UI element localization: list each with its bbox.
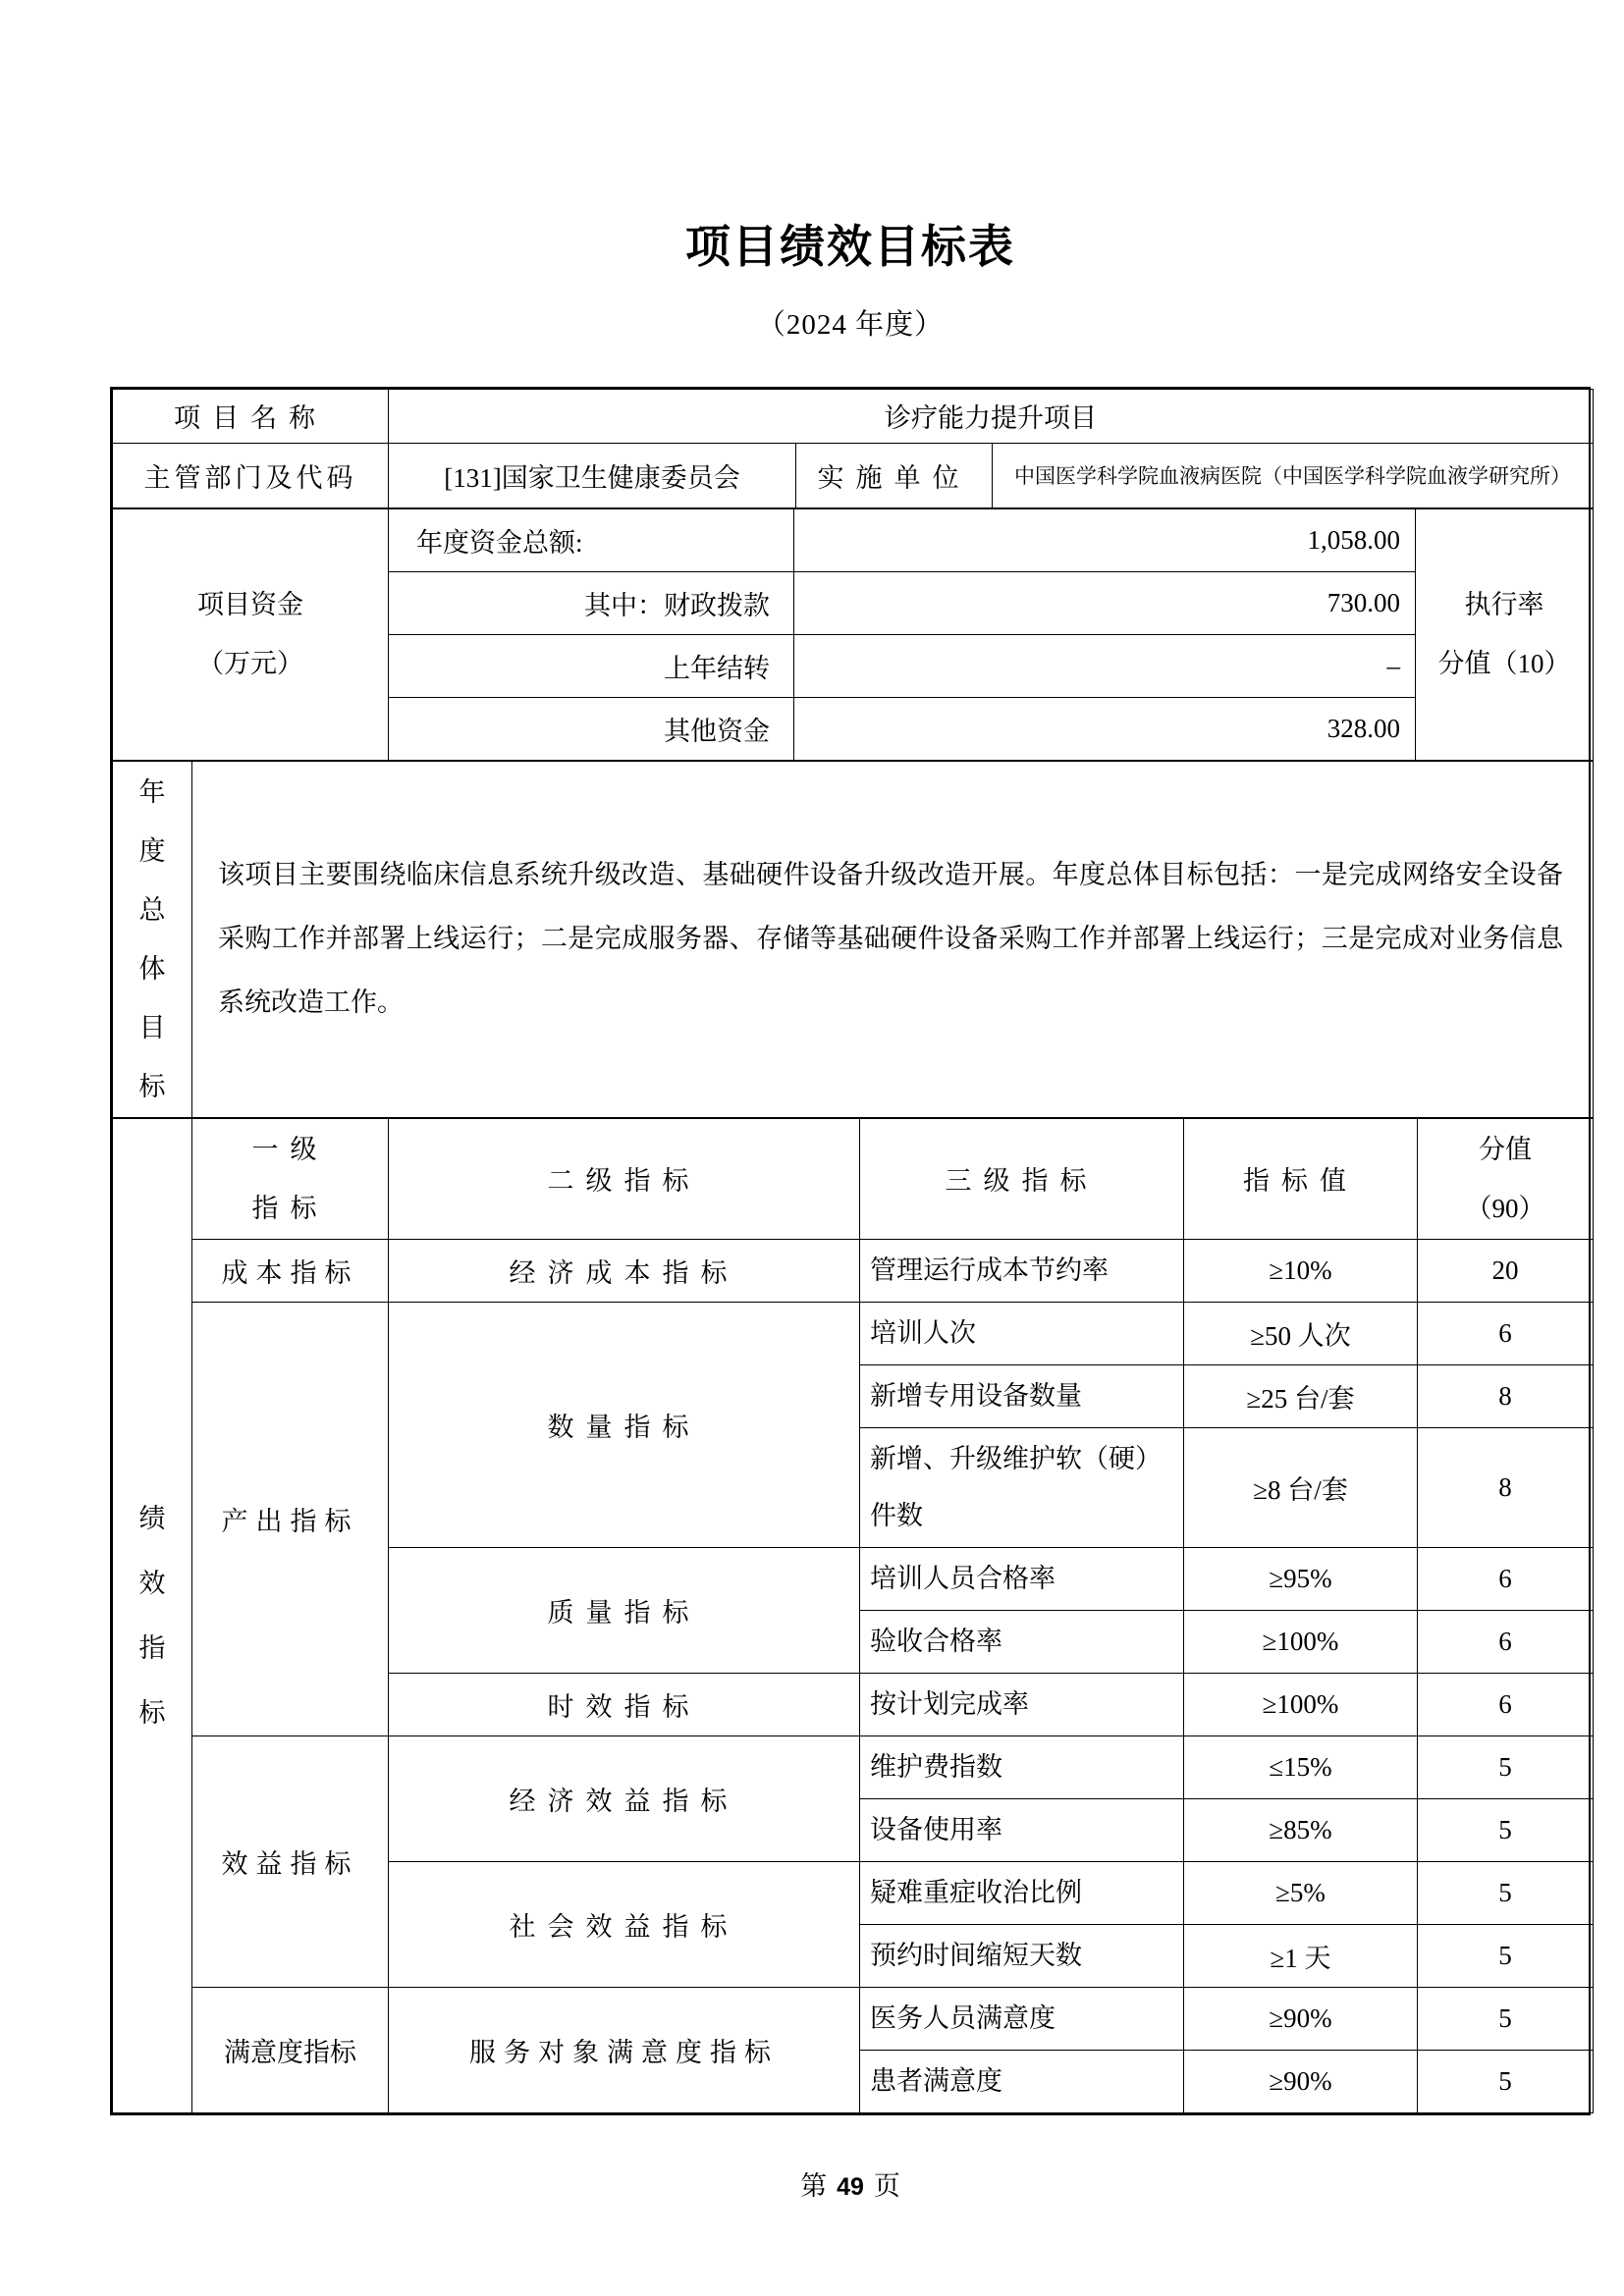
footer-prefix: 第	[800, 2171, 827, 2201]
dept-code-label: 主管部门及代码	[113, 443, 389, 507]
indicator-score: 5	[1418, 1987, 1594, 2050]
impl-unit-label: 实施单位	[796, 443, 993, 507]
annual-goal-side-label-cell: 年度总体目标	[113, 761, 192, 1117]
funding-carryover-label: 上年结转	[389, 634, 794, 697]
level1-satisfaction: 满意度指标	[192, 1987, 389, 2112]
footer-page-number: 49	[837, 2173, 864, 2201]
exec-rate-line1: 执行率	[1416, 575, 1593, 634]
indicator-value: ≥90%	[1184, 2050, 1418, 2112]
funding-fiscal-label: 其中：财政拨款	[389, 571, 794, 634]
funding-section-label: 项目资金 （万元）	[113, 508, 389, 760]
indicators-side-label-cell: 绩效指标	[113, 1118, 192, 2112]
level2-economic-benefit: 经济效益指标	[389, 1735, 860, 1861]
indicator-row: 满意度指标 服务对象满意度指标 医务人员满意度 ≥90% 5	[113, 1987, 1594, 2050]
indicator-score: 5	[1418, 2050, 1594, 2112]
funding-total-label: 年度资金总额:	[389, 508, 794, 571]
funding-carryover-value: –	[794, 634, 1416, 697]
indicator-row: 成本指标 经济成本指标 管理运行成本节约率 ≥10% 20	[113, 1239, 1594, 1302]
indicator-value: ≥1 天	[1184, 1924, 1418, 1987]
indicator-value: ≥100%	[1184, 1673, 1418, 1735]
project-name-label: 项目名称	[113, 389, 389, 443]
indicator-value: ≥5%	[1184, 1861, 1418, 1924]
funding-label-line1: 项目资金	[113, 575, 388, 634]
level3-label: 管理运行成本节约率	[860, 1239, 1184, 1302]
level3-label: 验收合格率	[860, 1610, 1184, 1673]
table-row: 项目资金 （万元） 年度资金总额: 1,058.00 执行率 分值（10）	[113, 508, 1594, 571]
page-footer: 第49页	[110, 2164, 1591, 2203]
indicator-row: 产出指标 数量指标 培训人次 ≥50 人次 6	[113, 1302, 1594, 1364]
footer-suffix: 页	[874, 2171, 900, 2201]
level1-cost: 成本指标	[192, 1239, 389, 1302]
level3-label: 预约时间缩短天数	[860, 1924, 1184, 1987]
page-subtitle: （2024 年度）	[110, 302, 1591, 343]
page-title: 项目绩效目标表	[110, 0, 1591, 273]
level3-label: 培训人员合格率	[860, 1547, 1184, 1610]
indicator-score: 6	[1418, 1673, 1594, 1735]
document-page: 项目绩效目标表 （2024 年度） 项目名称 诊疗能力提升项目 主管部门及代码 …	[0, 0, 1624, 2296]
level3-label: 医务人员满意度	[860, 1987, 1184, 2050]
annual-goal-side-label: 年度总体目标	[136, 763, 167, 1116]
level3-label: 新增、升级维护软（硬）件数	[860, 1427, 1184, 1547]
level3-label: 新增专用设备数量	[860, 1364, 1184, 1427]
level2-economic-cost: 经济成本指标	[389, 1239, 860, 1302]
indicator-value: ≥10%	[1184, 1239, 1418, 1302]
level3-label: 培训人次	[860, 1302, 1184, 1364]
header-score: 分值 （90）	[1418, 1118, 1594, 1239]
indicator-row: 效益指标 经济效益指标 维护费指数 ≤15% 5	[113, 1735, 1594, 1798]
indicator-value: ≥90%	[1184, 1987, 1418, 2050]
level2-service-satisfaction: 服务对象满意度指标	[389, 1987, 860, 2112]
exec-rate-score-cell: 执行率 分值（10）	[1416, 508, 1594, 760]
funding-other-value: 328.00	[794, 697, 1416, 760]
indicator-value: ≥8 台/套	[1184, 1427, 1418, 1547]
info-table: 项目名称 诊疗能力提升项目 主管部门及代码 [131]国家卫生健康委员会 实施单…	[112, 389, 1594, 508]
level3-label: 按计划完成率	[860, 1673, 1184, 1735]
indicator-value: ≥50 人次	[1184, 1302, 1418, 1364]
level2-social-benefit: 社会效益指标	[389, 1861, 860, 1987]
header-score-line1: 分值	[1418, 1120, 1593, 1179]
indicator-score: 5	[1418, 1735, 1594, 1798]
indicators-header-row: 绩效指标 一级 指标 二级指标 三级指标 指标值 分值 （90）	[113, 1118, 1594, 1239]
project-name-value: 诊疗能力提升项目	[389, 389, 1594, 443]
indicator-value: ≥25 台/套	[1184, 1364, 1418, 1427]
table-row: 项目名称 诊疗能力提升项目	[113, 389, 1594, 443]
header-level3: 三级指标	[860, 1118, 1184, 1239]
funding-fiscal-value: 730.00	[794, 571, 1416, 634]
level1-benefit: 效益指标	[192, 1735, 389, 1987]
indicator-value: ≥85%	[1184, 1798, 1418, 1861]
indicator-score: 8	[1418, 1364, 1594, 1427]
header-value: 指标值	[1184, 1118, 1418, 1239]
indicator-score: 5	[1418, 1924, 1594, 1987]
funding-label-line2: （万元）	[113, 634, 388, 693]
indicators-table: 绩效指标 一级 指标 二级指标 三级指标 指标值 分值 （90） 成本指标 经济…	[112, 1118, 1594, 2113]
indicator-value: ≥95%	[1184, 1547, 1418, 1610]
indicator-score: 8	[1418, 1427, 1594, 1547]
annual-goal-table: 年度总体目标 该项目主要围绕临床信息系统升级改造、基础硬件设备升级改造开展。年度…	[112, 761, 1594, 1118]
level1-output: 产出指标	[192, 1302, 389, 1735]
funding-table: 项目资金 （万元） 年度资金总额: 1,058.00 执行率 分值（10） 其中…	[112, 508, 1594, 761]
header-level1-line2: 指标	[192, 1179, 388, 1238]
exec-rate-line2: 分值（10）	[1416, 634, 1593, 693]
impl-unit-value: 中国医学科学院血液病医院（中国医学科学院血液学研究所）	[993, 443, 1594, 507]
table-row: 主管部门及代码 [131]国家卫生健康委员会 实施单位 中国医学科学院血液病医院…	[113, 443, 1594, 507]
level3-label: 设备使用率	[860, 1798, 1184, 1861]
header-level1-line1: 一级	[192, 1120, 388, 1179]
level2-quantity: 数量指标	[389, 1302, 860, 1547]
header-score-line2: （90）	[1418, 1179, 1593, 1238]
indicator-score: 6	[1418, 1610, 1594, 1673]
level3-label: 患者满意度	[860, 2050, 1184, 2112]
indicator-score: 20	[1418, 1239, 1594, 1302]
indicator-value: ≥100%	[1184, 1610, 1418, 1673]
indicators-side-label: 绩效指标	[136, 1486, 167, 1745]
indicator-score: 6	[1418, 1302, 1594, 1364]
dept-code-value: [131]国家卫生健康委员会	[389, 443, 796, 507]
indicator-score: 6	[1418, 1547, 1594, 1610]
header-level2: 二级指标	[389, 1118, 860, 1239]
funding-other-label: 其他资金	[389, 697, 794, 760]
performance-target-table: 项目名称 诊疗能力提升项目 主管部门及代码 [131]国家卫生健康委员会 实施单…	[110, 387, 1591, 2115]
level2-timeliness: 时效指标	[389, 1673, 860, 1735]
indicator-score: 5	[1418, 1861, 1594, 1924]
level3-label: 维护费指数	[860, 1735, 1184, 1798]
annual-goal-text: 该项目主要围绕临床信息系统升级改造、基础硬件设备升级改造开展。年度总体目标包括：…	[192, 761, 1594, 1117]
table-row: 年度总体目标 该项目主要围绕临床信息系统升级改造、基础硬件设备升级改造开展。年度…	[113, 761, 1594, 1117]
level2-quality: 质量指标	[389, 1547, 860, 1673]
indicator-value: ≤15%	[1184, 1735, 1418, 1798]
indicator-score: 5	[1418, 1798, 1594, 1861]
header-level1: 一级 指标	[192, 1118, 389, 1239]
level3-label: 疑难重症收治比例	[860, 1861, 1184, 1924]
funding-total-value: 1,058.00	[794, 508, 1416, 571]
